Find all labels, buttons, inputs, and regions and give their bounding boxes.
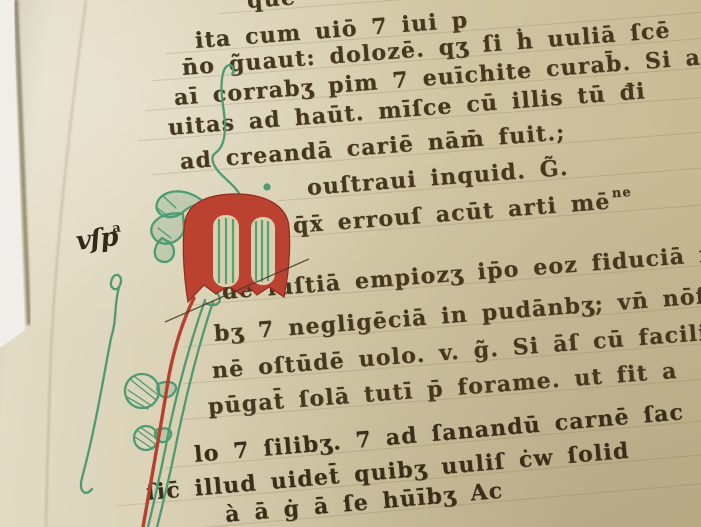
margin-annotation-superscript: a: [111, 221, 120, 237]
margin-annotation: vſpa: [74, 221, 126, 257]
manuscript-photo: queııū p ita cum uiō 7 iui p n̄o g̃uaut:…: [0, 0, 701, 527]
superscript-abbreviation: ne: [611, 185, 632, 201]
